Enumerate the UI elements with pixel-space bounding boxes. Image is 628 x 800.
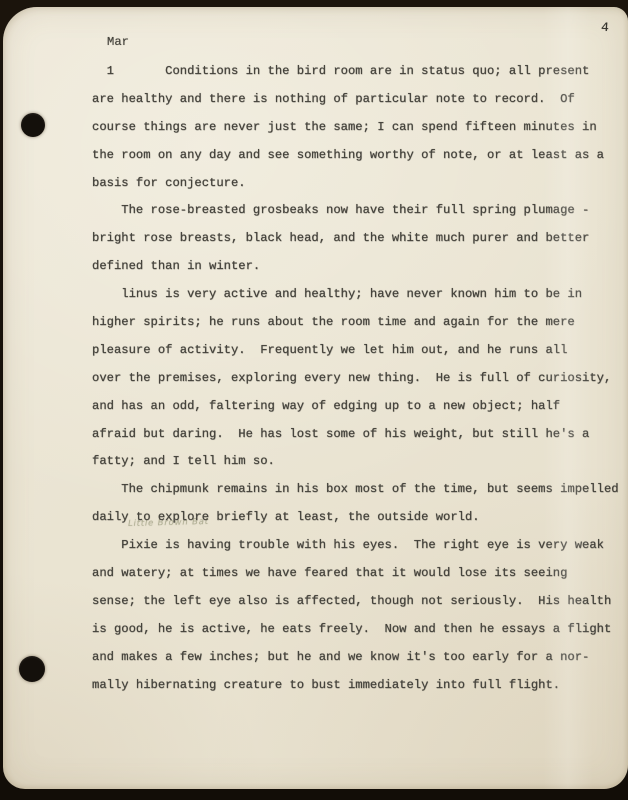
typed-line: afraid but daring. He has lost some of h… (92, 421, 628, 449)
typed-line: fatty; and I tell him so. (92, 448, 628, 476)
scan-background: 4 Mar Little Brown Bat 1 Conditions in t… (0, 0, 628, 800)
typed-line: pleasure of activity. Frequently we let … (92, 337, 628, 365)
typed-line: basis for conjecture. (92, 170, 628, 198)
typed-line: sense; the left eye also is affected, th… (92, 588, 628, 616)
typed-line: are healthy and there is nothing of part… (92, 86, 628, 114)
typed-line: over the premises, exploring every new t… (92, 365, 628, 393)
typed-line: 1 Conditions in the bird room are in sta… (92, 58, 628, 86)
typed-line: is good, he is active, he eats freely. N… (92, 616, 628, 644)
typed-line: The chipmunk remains in his box most of … (92, 476, 628, 504)
typed-line: and watery; at times we have feared that… (92, 560, 628, 588)
typed-line: Pixie is having trouble with his eyes. T… (92, 532, 628, 560)
typed-line: higher spirits; he runs about the room t… (92, 309, 628, 337)
hole-punch-bottom (19, 656, 45, 682)
hole-punch-top (21, 113, 45, 137)
typed-line: and has an odd, faltering way of edging … (92, 393, 628, 421)
typed-line: defined than in winter. (92, 253, 628, 281)
typed-line: bright rose breasts, black head, and the… (92, 225, 628, 253)
typed-line: linus is very active and healthy; have n… (92, 281, 628, 309)
typed-line: course things are never just the same; I… (92, 114, 628, 142)
typed-line: daily to explore briefly at least, the o… (92, 504, 628, 532)
page-number: 4 (601, 20, 610, 35)
typed-line: the room on any day and see something wo… (92, 142, 628, 170)
typed-line: and makes a few inches; but he and we kn… (92, 644, 628, 672)
page-sheet: 4 Mar Little Brown Bat 1 Conditions in t… (3, 7, 628, 789)
typed-text-block: 1 Conditions in the bird room are in sta… (92, 58, 628, 699)
date-label: Mar (107, 35, 129, 49)
typed-line: The rose-breasted grosbeaks now have the… (92, 197, 628, 225)
typed-line: mally hibernating creature to bust immed… (92, 672, 628, 700)
